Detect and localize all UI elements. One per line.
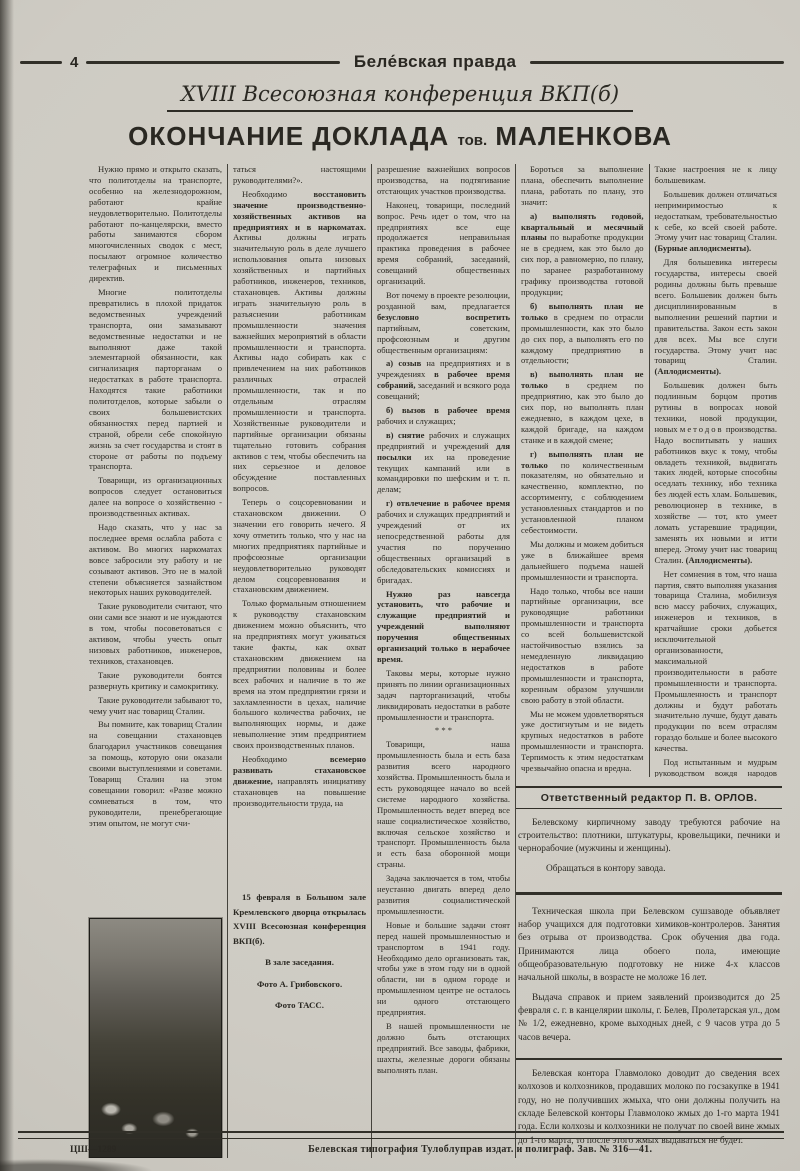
masthead-title: Беле́вская правда	[348, 52, 523, 72]
paragraph: * * *	[377, 725, 510, 736]
column-text: таться настоящими руководителями?».Необх…	[233, 164, 366, 864]
paragraph: Вот почему в проекте резолюции, розданно…	[377, 290, 510, 355]
divider-rule	[516, 786, 782, 788]
paragraph: Для большевика интересы государства, инт…	[655, 257, 778, 377]
paragraph: Нет сомнения в том, что наша партия, свя…	[655, 569, 778, 754]
photo-caption: 15 февраля в Большом зале Кремлевского д…	[233, 890, 366, 1020]
paragraph: Мы должны и можем добиться уже в ближайш…	[521, 539, 644, 583]
paragraph: Большевик должен быть подлинным борцом п…	[655, 380, 778, 565]
page-footer: ЦШ—1289 Белевская типография Тулоблуправ…	[18, 1131, 784, 1155]
paragraph: Надо только, чтобы все наши партийные ор…	[521, 586, 644, 706]
paragraph: Выдача справок и прием заявлений произво…	[518, 992, 780, 1045]
paragraph: Такие настроения не к лицу большевикам.	[655, 164, 778, 186]
paragraph: Таковы меры, которые нужно принять по ли…	[377, 668, 510, 723]
paragraph: Наконец, товарищи, последний вопрос. Реч…	[377, 200, 510, 287]
paragraph: Такие руководители считают, что они сами…	[89, 601, 222, 666]
header-rule	[20, 61, 62, 64]
newspaper-page: 4 Беле́вская правда XVIII Всесоюзная кон…	[0, 0, 800, 1171]
paragraph: Многие политотделы превратились в плохой…	[89, 287, 222, 472]
paragraph: 15 февраля в Большом зале Кремлевского д…	[233, 890, 366, 948]
page-header: 4 Беле́вская правда	[20, 52, 784, 72]
column-text: Бороться за выполнение плана, обеспечить…	[521, 164, 644, 777]
paragraph: б) выполнять план не только в среднем по…	[521, 301, 644, 366]
right-section: Бороться за выполнение плана, обеспечить…	[515, 164, 782, 1158]
paragraph: Бороться за выполнение плана, обеспечить…	[521, 164, 644, 208]
divider-rule	[516, 808, 782, 809]
paragraph: Фото ТАСС.	[233, 998, 366, 1013]
paragraph: Новые и большие задачи стоят перед нашей…	[377, 920, 510, 1018]
divider-rule	[516, 1058, 782, 1060]
ad-brick-factory: Белевскому кирпичному заводу требуются р…	[516, 812, 782, 886]
paragraph: Товарищи, наша промышленность была и ест…	[377, 739, 510, 870]
headline-part: ОКОНЧАНИЕ ДОКЛАДА	[128, 121, 449, 151]
paragraph: Теперь о соцсоревновании и стахановском …	[233, 497, 366, 595]
paragraph: В нашей промышленности не должно быть от…	[377, 1021, 510, 1076]
article-column-1: Нужно прямо и открыто сказать, что полит…	[84, 164, 227, 1158]
column-text: Нужно прямо и открыто сказать, что полит…	[89, 164, 222, 831]
paragraph: в) снятие рабочих и служащих предприятий…	[377, 430, 510, 495]
footer-rule	[18, 1131, 784, 1139]
footer-row: ЦШ—1289 Белевская типография Тулоблуправ…	[18, 1144, 784, 1155]
editor-credit: Ответственный редактор П. В. ОРЛОВ.	[516, 792, 782, 804]
article-body: Нужно прямо и открыто сказать, что полит…	[84, 164, 782, 1158]
header-rule	[86, 61, 340, 64]
paragraph: б) вызов в рабочее время рабочих и служа…	[377, 405, 510, 427]
article-column-5: Такие настроения не к лицу большевикам.Б…	[649, 164, 783, 777]
page-number: 4	[70, 54, 78, 71]
column-text: разрешение важнейших вопросов производст…	[377, 164, 510, 1079]
paragraph: В зале заседания.	[233, 955, 366, 970]
paragraph: Нужно раз навсегда установить, что рабоч…	[377, 589, 510, 665]
paragraph: в) выполнять план не только в среднем по…	[521, 369, 644, 445]
paragraph: Белевскому кирпичному заводу требуются р…	[518, 817, 780, 857]
article-column-3: разрешение важнейших вопросов производст…	[371, 164, 515, 1158]
right-columns: Бороться за выполнение плана, обеспечить…	[516, 164, 782, 777]
paragraph: таться настоящими руководителями?».	[233, 164, 366, 186]
paragraph: Под испытанным и мудрым руководством вож…	[655, 757, 778, 777]
headline-part: МАЛЕНКОВА	[495, 121, 671, 151]
main-headline: ОКОНЧАНИЕ ДОКЛАДА тов. МАЛЕНКОВА	[0, 121, 800, 152]
paragraph: Необходимо всемерно развивать стахановск…	[233, 754, 366, 809]
paragraph: Товарищи, из организационных вопросов сл…	[89, 475, 222, 519]
footer-code: ЦШ—1289	[70, 1145, 116, 1155]
assembly-hall-photo	[89, 918, 222, 1158]
paragraph: Только формальным отношением к руководст…	[233, 598, 366, 751]
paragraph: Задача заключается в том, чтобы неустанн…	[377, 873, 510, 917]
headline-abbrev: тов.	[457, 132, 487, 149]
column-text: Такие настроения не к лицу большевикам.Б…	[655, 164, 778, 777]
paragraph: Техническая школа при Белевском сушзавод…	[518, 906, 780, 986]
paragraph: Необходимо восстановить значение произво…	[233, 189, 366, 494]
ad-technical-school: Техническая школа при Белевском сушзавод…	[516, 901, 782, 1055]
article-column-4: Бороться за выполнение плана, обеспечить…	[516, 164, 649, 777]
paragraph: Обращаться в контору завода.	[518, 863, 780, 876]
paragraph: а) выполнять годовой, квартальный и меся…	[521, 211, 644, 298]
paragraph: Такие руководители боятся развернуть кри…	[89, 670, 222, 692]
divider-rule	[516, 892, 782, 895]
paragraph: а) созыв на предприятиях и в учреждениях…	[377, 358, 510, 402]
paragraph: Такие руководители забывают то, чему учи…	[89, 695, 222, 717]
paragraph: Надо сказать, что у нас за последнее вре…	[89, 522, 222, 598]
paragraph: Фото А. Грибовского.	[233, 977, 366, 992]
paragraph: г) выполнять план не только по количеств…	[521, 449, 644, 536]
article-column-2: таться настоящими руководителями?».Необх…	[227, 164, 371, 1158]
header-rule	[530, 61, 784, 64]
editor-block: Ответственный редактор П. В. ОРЛОВ.	[516, 783, 782, 812]
paragraph: Вы помните, как товарищ Сталин на совеща…	[89, 719, 222, 828]
paragraph: разрешение важнейших вопросов производст…	[377, 164, 510, 197]
footer-imprint: Белевская типография Тулоблуправ издат. …	[116, 1144, 784, 1155]
kicker-wrap: XVIII Всесоюзная конференция ВКП(б)	[0, 82, 800, 112]
conference-kicker: XVIII Всесоюзная конференция ВКП(б)	[167, 82, 633, 112]
paragraph: Большевик должен отличаться непримиримос…	[655, 189, 778, 254]
paragraph: Мы не можем удовлетворяться уже достигну…	[521, 709, 644, 774]
paragraph: Нужно прямо и открыто сказать, что полит…	[89, 164, 222, 284]
paragraph: г) отвлечение в рабочее время рабочих и …	[377, 498, 510, 585]
